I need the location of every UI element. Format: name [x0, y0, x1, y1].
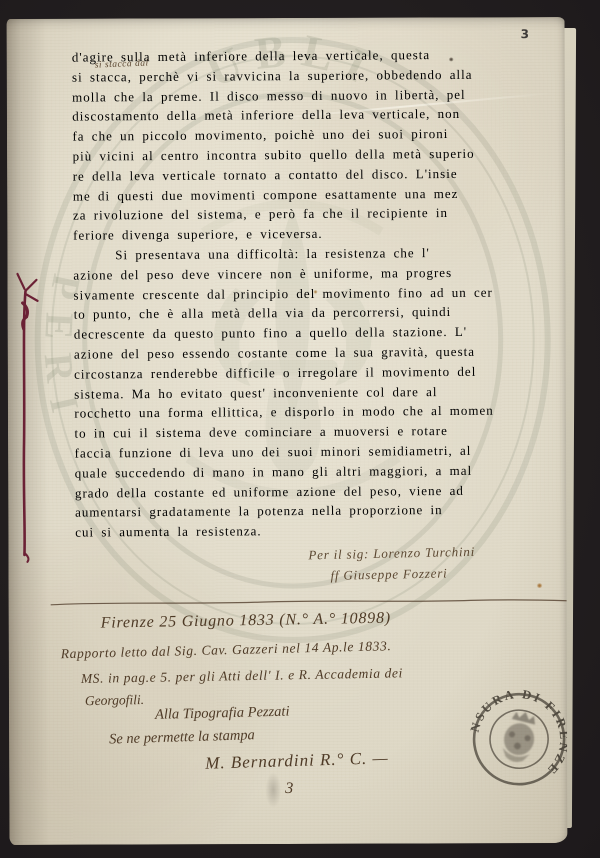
manuscript-line: cui si aumenta la resistenza. [75, 519, 565, 542]
censor-signature: M. Bernardini R.° C. — [205, 748, 389, 773]
manuscript-line: rocchetto una forma ellittica, e disporl… [74, 401, 564, 424]
ink-spot [449, 57, 454, 61]
print-permission-note: Se ne permette la stampa [109, 727, 255, 748]
signature-line-1: Per il sig: Lorenzo Turchini [308, 544, 475, 563]
paraph-mark: 3 [285, 780, 294, 798]
stamp-coat-of-arms [499, 708, 540, 765]
censura-di-firenze-stamp: CENSURA DI FIRENZE [461, 681, 568, 797]
page-number: 3 [521, 27, 529, 41]
manuscript-note-continuation: Georgofili. [85, 692, 144, 709]
foxing-spot [314, 290, 318, 294]
ink-smudge [265, 772, 281, 808]
report-note: Rapporto letto dal Sig. Cav. Gazzeri nel… [61, 638, 392, 662]
manuscript-body: d'agire sulla metà inferiore della leva … [72, 44, 565, 542]
foxing-spot [537, 583, 543, 588]
typography-note: Alla Tipografia Pezzati [155, 704, 290, 724]
signature-line-2: ff Giuseppe Fozzeri [330, 565, 447, 583]
hand-drawn-divider [51, 597, 568, 609]
manuscript-page: UBLI PERI 3 si stacca dal d'agire sulla … [7, 17, 568, 845]
manuscript-line: sivamente crescente dal principio del mo… [73, 282, 563, 305]
binding-thread [9, 263, 40, 563]
manuscript-note: MS. in pag.e 5. per gli Atti dell' I. e … [81, 665, 403, 687]
date-line: Firenze 25 Giugno 1833 (N.° A.° 10898) [101, 610, 392, 633]
photo-background: UBLI PERI 3 si stacca dal d'agire sulla … [0, 0, 600, 858]
